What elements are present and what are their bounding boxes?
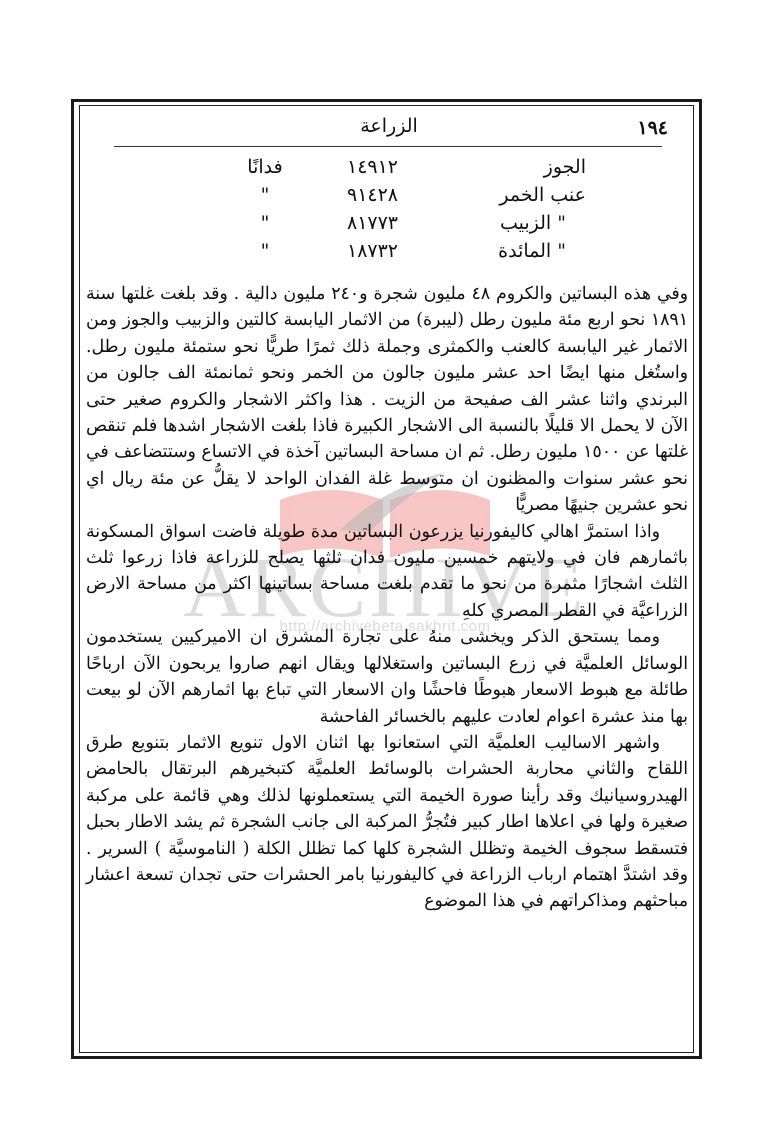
crop-name: عنب الخمر [440, 184, 610, 206]
paragraph: واشهر الاساليب العلميَّة التي استعانوا ب… [86, 730, 688, 915]
crop-unit: " [225, 240, 305, 262]
table-row: " الزبيب ٨١٧٧٣ " [200, 209, 610, 237]
crop-acreage: ٨١٧٧٣ [305, 212, 440, 234]
table-row: " المائدة ١٨٧٣٢ " [200, 237, 610, 265]
table-row: عنب الخمر ٩١٤٢٨ " [200, 181, 610, 209]
crop-unit: " [225, 184, 305, 206]
crop-unit: " [225, 212, 305, 234]
paragraph: وفي هذه البساتين والكروم ٤٨ مليون شجرة و… [86, 281, 688, 519]
header-rule [114, 146, 662, 147]
crop-name: " المائدة [440, 240, 610, 262]
crop-acreage: ١٤٩١٢ [305, 156, 440, 178]
paragraph: واذا استمرَّ اهالي كاليفورنيا يزرعون الب… [86, 519, 688, 625]
crop-name: " الزبيب [440, 212, 610, 234]
running-title: الزراعة [98, 115, 680, 137]
crop-acreage: ٩١٤٢٨ [305, 184, 440, 206]
table-row: الجوز ١٤٩١٢ فدانًا [200, 153, 610, 181]
running-head: ١٩٤ الزراعة [98, 113, 680, 143]
paragraph: ومما يستحق الذكر ويخشى منهُ على تجارة ال… [86, 624, 688, 730]
crop-name: الجوز [440, 156, 610, 178]
crop-unit: فدانًا [225, 156, 305, 178]
crop-acreage-table: الجوز ١٤٩١٢ فدانًا عنب الخمر ٩١٤٢٨ " " ا… [200, 153, 610, 265]
crop-acreage: ١٨٧٣٢ [305, 240, 440, 262]
body-text: وفي هذه البساتين والكروم ٤٨ مليون شجرة و… [86, 281, 688, 915]
